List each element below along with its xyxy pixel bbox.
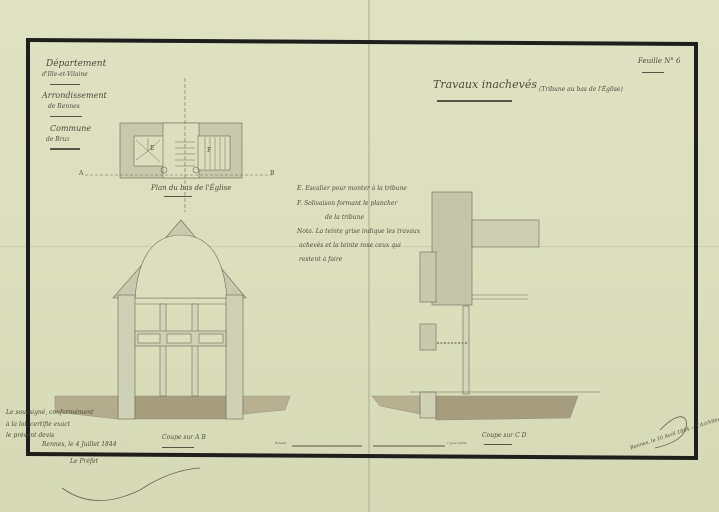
signature-flourish <box>62 417 686 501</box>
approval-line-1: Le soussigné, conformément <box>6 409 93 416</box>
scale-left-label: Echelle <box>275 441 286 445</box>
legend-f: F. Solivaison formant le plancher <box>297 200 397 207</box>
legend-note-key: Nota. <box>297 228 314 235</box>
plan-room-f: F <box>207 147 211 154</box>
plan-label-b: B <box>270 170 274 177</box>
legend-note-text: La teinte grise indique les travaux <box>316 228 420 235</box>
section-ab-label: Coupe sur A B <box>162 434 206 441</box>
legend-note: Nota. La teinte grise indique les travau… <box>297 228 420 235</box>
signature-bottom-left: Le Préfet <box>70 458 98 465</box>
approval-date: Rennes, le 4 Juillet 1844 <box>42 441 117 448</box>
legend-e: E. Escalier pour monter à la tribune <box>297 185 407 192</box>
plan-title: Plan du bas de l'Église <box>151 184 231 192</box>
section-cd-label: Coupe sur C D <box>482 432 526 439</box>
underline <box>484 444 512 445</box>
architectural-drawings <box>0 0 719 512</box>
underline <box>164 196 192 197</box>
legend-f-text: Solivaison formant le plancher <box>304 200 397 207</box>
plan-room-e: E <box>150 145 154 152</box>
scale-right-label: 1 pour mètre <box>447 441 467 445</box>
legend-f-text-2: de la tribune <box>325 214 364 221</box>
legend-f-key: F. <box>297 200 302 207</box>
section-ab <box>55 220 290 419</box>
legend-e-key: E. <box>297 185 303 192</box>
drawing-sheet: Département d'Ille-et-Vilaine Arrondisse… <box>0 0 719 512</box>
section-cd <box>372 192 600 420</box>
legend-e-text: Escalier pour monter à la tribune <box>305 185 407 192</box>
approval-line-3: le présent devis <box>6 432 54 439</box>
underline <box>162 447 194 448</box>
approval-line-2: à la loi, certifie exact <box>6 421 70 428</box>
plan-label-a: A <box>79 170 83 177</box>
legend-note-text-2: achevés et la teinte rose ceux qui <box>299 242 401 249</box>
legend-note-text-3: restent à faire <box>299 256 342 263</box>
